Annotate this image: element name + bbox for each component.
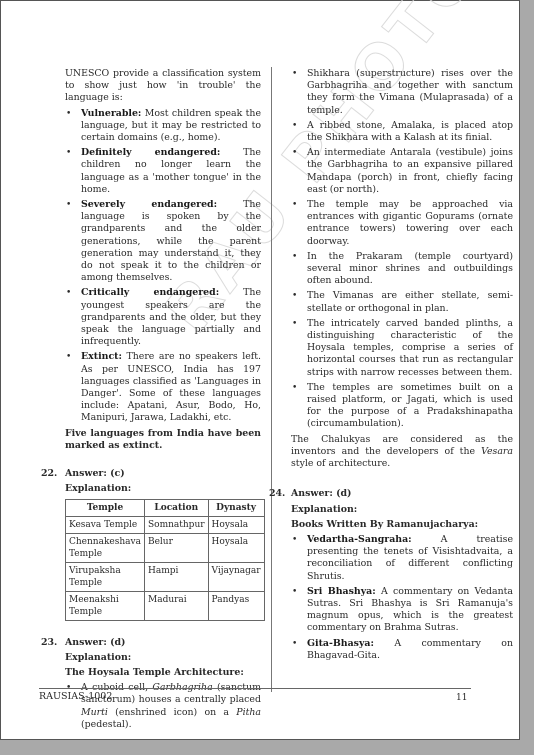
table-header: Temple bbox=[66, 499, 145, 516]
right-column: Shikhara (superstructure) rises over the… bbox=[291, 68, 513, 665]
question-22: 22. Answer: (c) Explanation: Temple Loca… bbox=[65, 468, 261, 620]
book-item: Sri Bhashya: A commentary on Vedanta Sut… bbox=[291, 586, 513, 635]
architecture-point: The Vimanas are either stellate, semi-st… bbox=[291, 290, 513, 314]
answer-label: Answer: (d) bbox=[65, 637, 261, 649]
footer-rule bbox=[39, 688, 471, 689]
answer-label: Answer: (d) bbox=[291, 488, 513, 500]
table-row: Kesava Temple Somnathpur Hoysala bbox=[66, 516, 265, 533]
architecture-point: Shikhara (superstructure) rises over the… bbox=[291, 68, 513, 117]
category-item: Critically endangered: The youngest spea… bbox=[65, 287, 261, 348]
books-list: Vedartha-Sangraha: A treatise presenting… bbox=[291, 534, 513, 662]
section-heading: The Hoysala Temple Architecture: bbox=[65, 667, 261, 679]
answer-label: Answer: (c) bbox=[65, 468, 261, 480]
table-row: Chennakeshava Temple Belur Hoysala bbox=[66, 533, 265, 562]
architecture-point: The temple may be approached via entranc… bbox=[291, 199, 513, 248]
architecture-point: A ribbed stone, Amalaka, is placed atop … bbox=[291, 120, 513, 144]
architecture-point: In the Prakaram (temple courtyard) sever… bbox=[291, 251, 513, 288]
book-item: Gita-Bhasya: A commentary on Bhagavad-Gi… bbox=[291, 638, 513, 662]
endangerment-categories: Vulnerable: Most children speak the lang… bbox=[65, 108, 261, 425]
category-item: Vulnerable: Most children speak the lang… bbox=[65, 108, 261, 145]
question-number: 22. bbox=[41, 468, 57, 480]
temple-table: Temple Location Dynasty Kesava Temple So… bbox=[65, 499, 265, 621]
table-row: Virupaksha Temple Hampi Vijaynagar bbox=[66, 562, 265, 591]
document-code: RAUSIAS-1002 bbox=[39, 691, 112, 702]
page-number: 11 bbox=[456, 693, 467, 703]
document-page: RAU PHOTOCOPY UNESCO provide a classific… bbox=[0, 0, 520, 740]
table-row: Meenakshi Temple Madurai Pandyas bbox=[66, 591, 265, 620]
chalukya-note: The Chalukyas are considered as the inve… bbox=[291, 434, 513, 471]
architecture-point: An intermediate Antarala (vestibule) joi… bbox=[291, 147, 513, 196]
explanation-label: Explanation: bbox=[65, 483, 261, 495]
question-24: 24. Answer: (d) Explanation: Books Writt… bbox=[291, 488, 513, 662]
explanation-label: Explanation: bbox=[65, 652, 261, 664]
table-header: Dynasty bbox=[208, 499, 264, 516]
extinct-conclusion: Five languages from India have been mark… bbox=[65, 428, 261, 452]
architecture-point: A cuboid cell, Garbhagriha (sanctum sanc… bbox=[65, 682, 261, 731]
question-number: 24. bbox=[269, 488, 285, 500]
question-number: 23. bbox=[41, 637, 57, 649]
architecture-points: Shikhara (superstructure) rises over the… bbox=[291, 68, 513, 431]
category-item: Extinct: There are no speakers left. As … bbox=[65, 351, 261, 424]
category-item: Severely endangered: The language is spo… bbox=[65, 199, 261, 284]
left-column: UNESCO provide a classification system t… bbox=[65, 68, 261, 734]
unesco-intro: UNESCO provide a classification system t… bbox=[65, 68, 261, 105]
column-divider bbox=[271, 67, 272, 692]
question-23: 23. Answer: (d) Explanation: The Hoysala… bbox=[65, 637, 261, 731]
architecture-point: The intricately carved banded plinths, a… bbox=[291, 318, 513, 379]
section-heading: Books Written By Ramanujacharya: bbox=[291, 519, 513, 531]
category-item: Definitely endangered: The children no l… bbox=[65, 147, 261, 196]
book-item: Vedartha-Sangraha: A treatise presenting… bbox=[291, 534, 513, 583]
explanation-label: Explanation: bbox=[291, 504, 513, 516]
architecture-point: The temples are sometimes built on a rai… bbox=[291, 382, 513, 431]
table-header: Location bbox=[144, 499, 208, 516]
